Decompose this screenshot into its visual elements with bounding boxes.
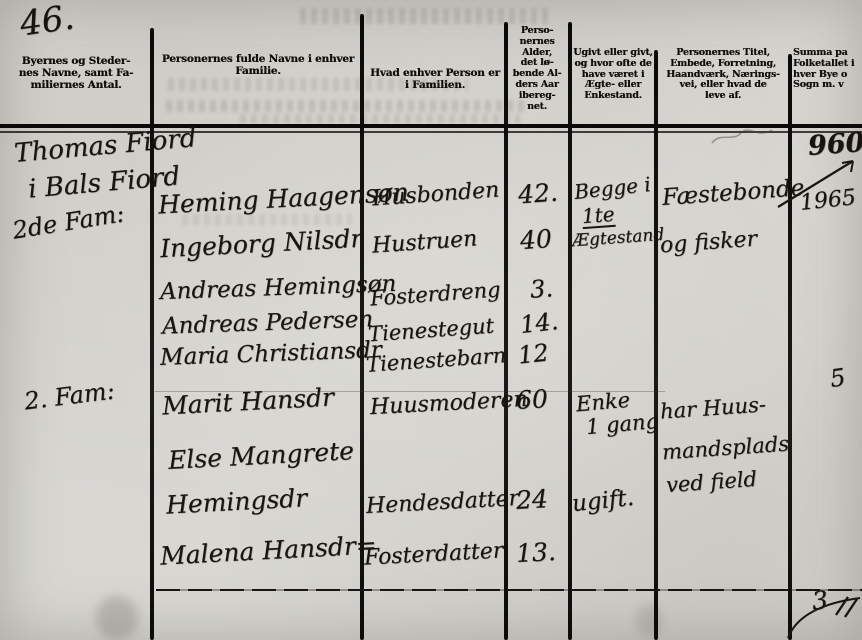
marital-status-line: ugift.	[571, 487, 635, 516]
column-divider	[504, 22, 508, 640]
bleedthrough-smudge	[240, 114, 520, 124]
person-age: 13.	[515, 539, 556, 566]
person-age: 40	[519, 226, 552, 253]
marital-status-line: 1 gang	[585, 411, 660, 438]
column-divider	[654, 50, 658, 640]
person-name: Else Mangrete	[167, 438, 354, 473]
header-age-column: Perso- nernes Alder, det lø- bende Al- d…	[506, 26, 568, 113]
ink-blot	[96, 596, 138, 640]
column-divider	[788, 54, 792, 640]
person-age: 24	[515, 486, 548, 513]
person-name: Ingeborg Nilsdr	[159, 226, 362, 262]
person-role: Husbonden	[371, 180, 500, 211]
column-divider	[568, 22, 572, 640]
person-name: Malena Hansdr=	[159, 532, 377, 568]
person-age: 3.	[529, 276, 554, 302]
person-age: 60	[515, 386, 548, 413]
column-divider	[150, 28, 154, 640]
person-age: 12	[517, 340, 550, 367]
person-role: Hendesdatter	[366, 488, 520, 518]
person-role: Fosterdatter	[364, 540, 504, 569]
ink-blot	[636, 604, 662, 638]
person-role: Hustruen	[371, 228, 478, 257]
occupation-line: og fisker	[659, 229, 757, 258]
marital-status-line: Begge i	[573, 174, 651, 202]
person-role: Tienestegut	[367, 316, 494, 346]
summa-family1-total: 1965	[799, 187, 857, 215]
header-names-column: Personernes fulde Navne i enhver Familie…	[156, 54, 360, 78]
person-name: Hemingsdr	[165, 485, 307, 517]
marital-status-line: Ægtestand	[572, 227, 665, 250]
occupation-line: Fæstebonde	[661, 177, 805, 210]
person-name: Maria Christiansdr	[160, 339, 383, 370]
header-rule	[0, 124, 862, 128]
summa-bottom-total: 3	[811, 587, 829, 614]
person-name: Marit Hansdr	[161, 385, 334, 419]
header-places-column: Byernes og Steder- nes Navne, samt Fa- m…	[2, 56, 150, 92]
marital-status-line: 1te	[581, 204, 615, 229]
person-name: Andreas Pedersen	[162, 308, 374, 338]
person-age: 42.	[517, 180, 558, 208]
occupation-line: har Huus-	[659, 394, 766, 422]
occupation-line: ved field	[665, 469, 757, 496]
family2-label: 2. Fam:	[23, 379, 116, 414]
occupation-line: mandsplads	[661, 434, 789, 464]
summa-carry-value: 960	[807, 129, 862, 160]
page-number: 46.	[18, 0, 76, 41]
family-count-label: 2de Fam:	[11, 201, 126, 242]
person-role: Tienestebarn	[365, 345, 506, 376]
header-marital-column: Ugivt eller givt, og hvor ofte de have v…	[571, 48, 655, 102]
header-summa-column: Summa pa Folketallet i hver Bye o Sogn m…	[793, 48, 862, 91]
header-title-column: Personernes Titel, Embede, Forretning, H…	[658, 48, 788, 102]
person-age: 14.	[519, 309, 559, 337]
bottom-row-rule	[156, 589, 862, 591]
header-role-column: Hvad enhver Person er i Familien.	[366, 68, 504, 92]
bleedthrough-smudge	[300, 8, 550, 24]
summa-family2-total: 5	[828, 365, 846, 391]
bleedthrough-smudge	[166, 100, 526, 112]
census-page-scan: 46. Byernes og Steder- nes Navne, samt F…	[0, 0, 862, 640]
